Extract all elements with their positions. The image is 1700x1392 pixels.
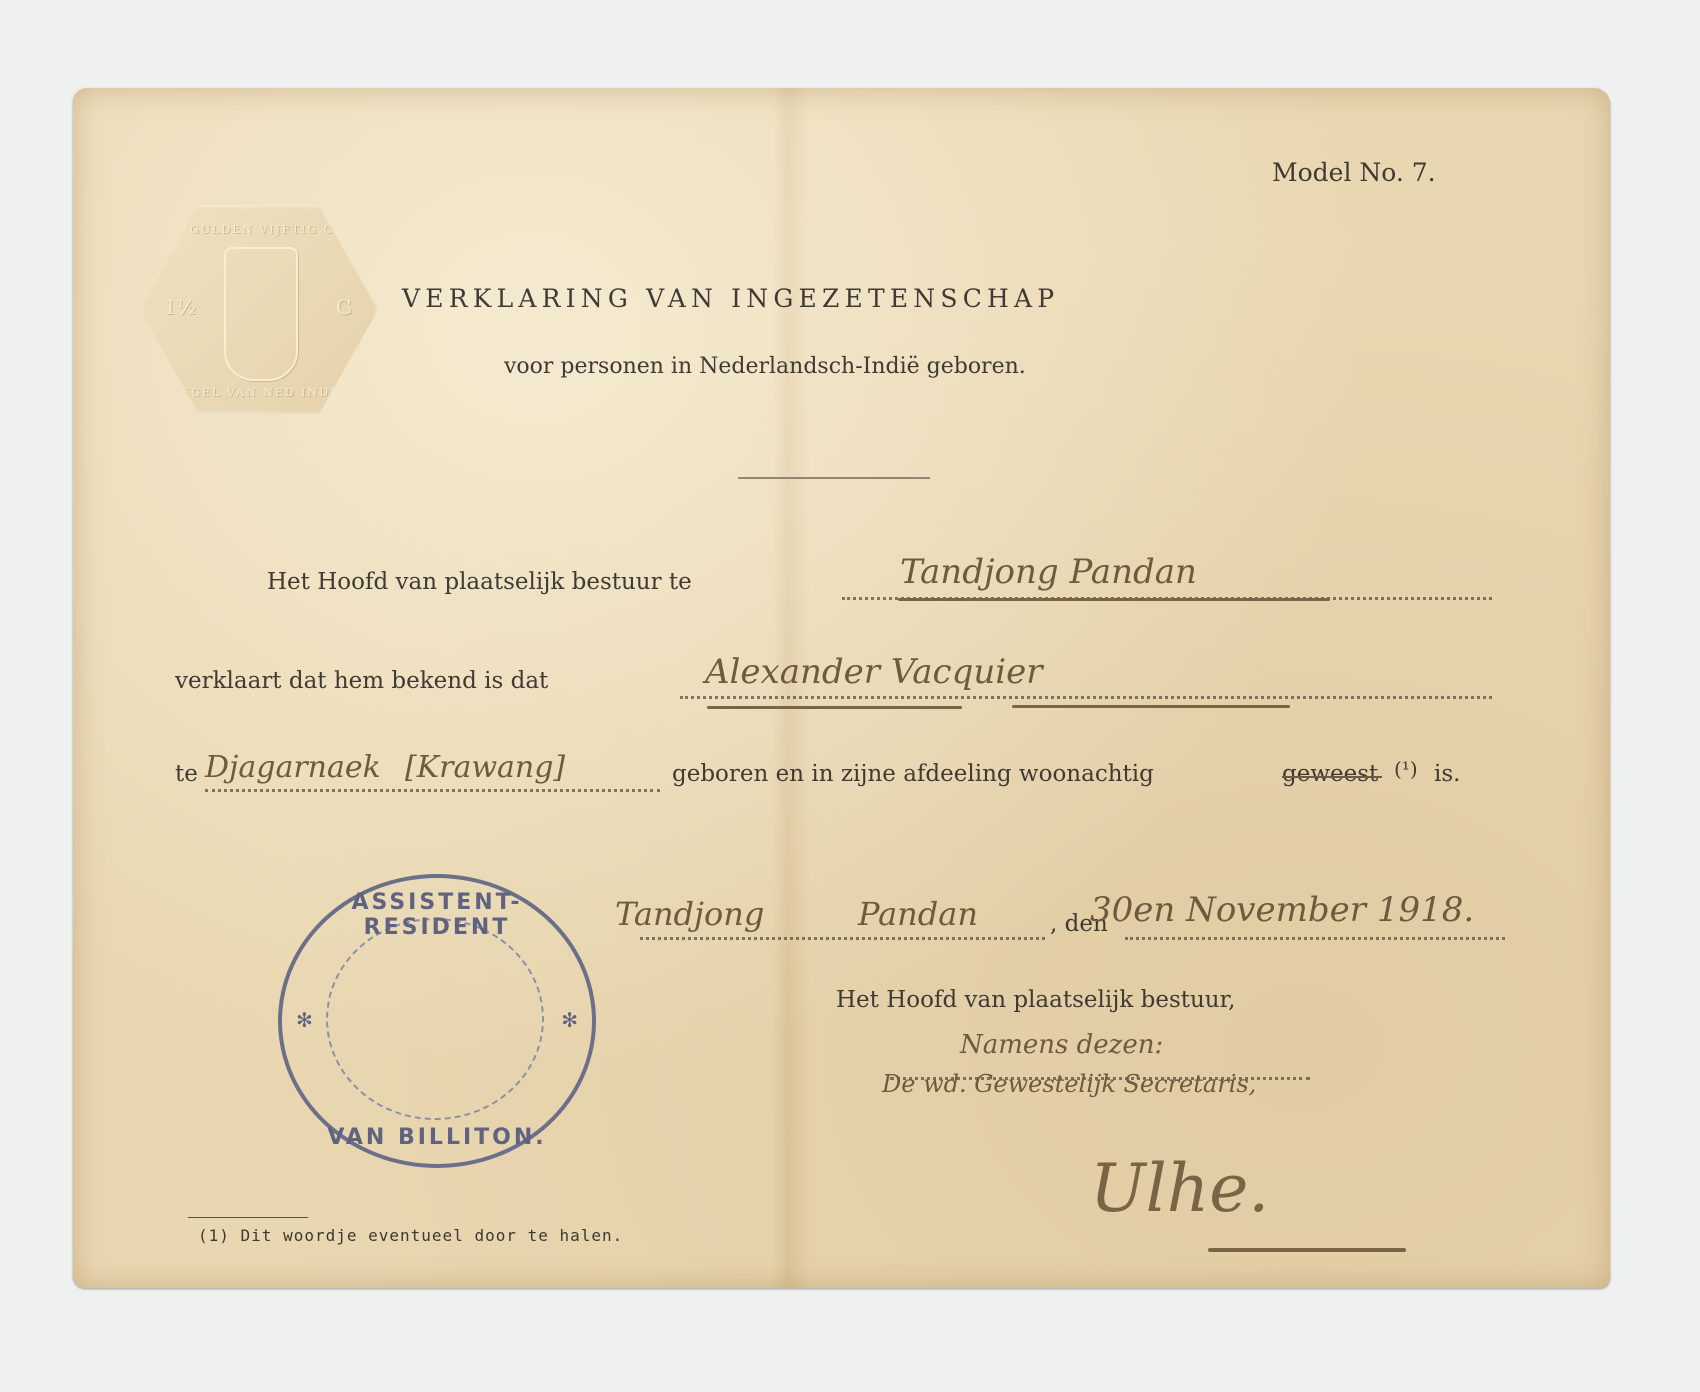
document-subtitle: voor personen in Nederlandsch-Indië gebo… <box>504 354 1026 379</box>
strikethrough-mark <box>1282 776 1382 778</box>
signature: Ulhe. <box>1090 1150 1269 1227</box>
crown-crest-icon <box>224 247 298 381</box>
line3-end: is. <box>1434 761 1460 787</box>
date-place-handwritten-1: Tandjong <box>615 895 764 933</box>
line3-handwritten-birthplace: Djagarnaek <box>205 750 381 785</box>
footnote-reference: (¹) <box>1394 757 1418 781</box>
date-place-handwritten-2: Pandan <box>858 895 978 933</box>
revenue-stamp-value: 1½ <box>164 295 196 319</box>
line2-printed: verklaart dat hem bekend is dat <box>175 668 548 694</box>
line1-ink-underline <box>898 598 1330 601</box>
line3-dotted-field <box>205 789 660 792</box>
revenue-stamp-unit: G <box>336 295 352 319</box>
title-divider <box>738 477 930 479</box>
role-handwritten: De wd. Gewestelijk Secretaris, <box>882 1070 1256 1098</box>
stamp-bottom-text: VAN BILLITON. <box>282 1125 592 1150</box>
footnote-rule <box>188 1217 308 1218</box>
stamp-top-text: ASSISTENT-RESIDENT <box>282 890 592 940</box>
footnote-text: (1) Dit woordje eventueel door te halen. <box>198 1226 623 1245</box>
line2-ink-underline-1 <box>707 706 962 709</box>
stamp-star-icon: ✻ <box>561 1008 578 1032</box>
line3-printed: geboren en in zijne afdeeling woonachtig <box>672 761 1154 787</box>
line1-printed: Het Hoofd van plaatselijk bestuur te <box>267 569 692 595</box>
line3-handwritten-region: [Krawang] <box>405 750 565 785</box>
line3-struck-word: geweest <box>1282 761 1378 787</box>
date-dotted-field <box>1125 937 1505 940</box>
line3-prefix: te <box>175 761 198 787</box>
line2-handwritten-name: Alexander Vacquier <box>705 652 1043 692</box>
document-title: VERKLARING VAN INGEZETENSCHAP <box>402 284 1059 313</box>
assistant-resident-stamp: ASSISTENT-RESIDENT ✻ ✻ VAN BILLITON. <box>278 874 596 1168</box>
date-handwritten: 30en November 1918. <box>1090 890 1474 930</box>
stamp-star-icon: ✻ <box>296 1008 313 1032</box>
line1-handwritten-place: Tandjong Pandan <box>900 552 1197 592</box>
signatory-title: Het Hoofd van plaatselijk bestuur, <box>836 987 1235 1013</box>
stamp-coat-of-arms-icon <box>326 918 544 1120</box>
model-number: Model No. 7. <box>1272 158 1436 187</box>
line2-ink-underline-2 <box>1012 705 1290 708</box>
on-behalf-handwritten: Namens dezen: <box>960 1030 1163 1060</box>
signature-underline <box>1208 1248 1406 1252</box>
date-place-dotted-field <box>640 937 1045 940</box>
line2-dotted-field <box>680 696 1492 699</box>
